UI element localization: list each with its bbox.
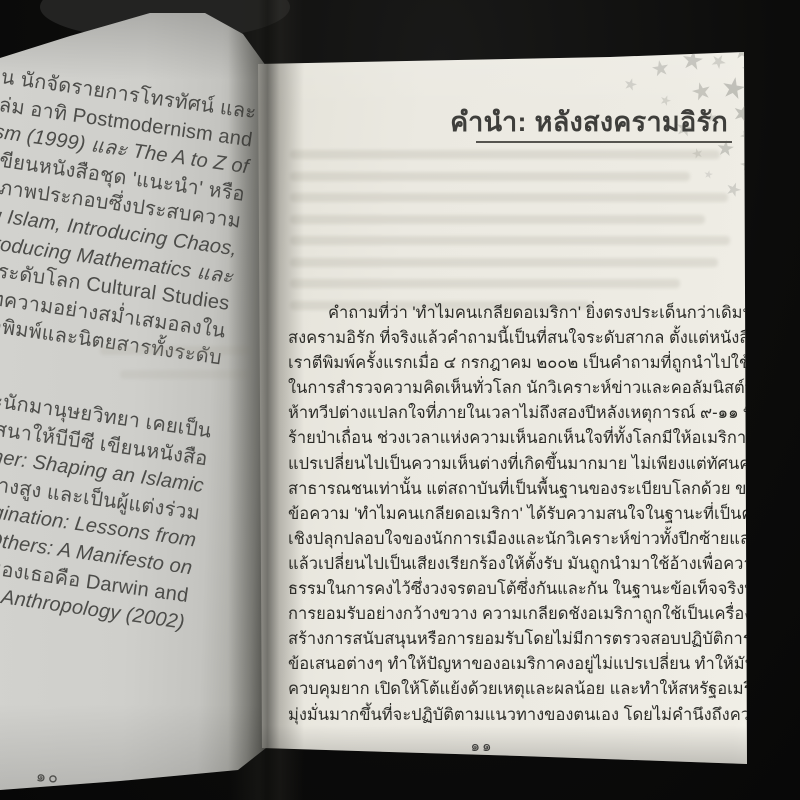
- star-icon: [740, 58, 759, 77]
- star-icon: [744, 202, 755, 213]
- text-line: ข้อเสนอต่างๆ ทำให้ปัญหาของอเมริกาคงอยู่ไ…: [288, 652, 722, 677]
- text-line: สร้างการสนับสนุนหรือการยอมรับโดยไม่มีการ…: [288, 627, 722, 652]
- page-number-left: ๑๐: [35, 764, 61, 791]
- show-through-text: [100, 346, 250, 355]
- text-line: ควบคุมยาก เปิดให้โต้แย้งด้วยเหตุและผลน้อ…: [288, 677, 722, 702]
- text-line: ธรรมในการคงไว้ซึ่งวงจรตอบโต้ซึ่งกันและกั…: [288, 577, 722, 602]
- show-through-text: [120, 370, 250, 379]
- star-icon: [724, 180, 743, 199]
- show-through-text: [290, 279, 680, 288]
- text-line: มุ่งมั่นมากขึ้นที่จะปฏิบัติตามแนวทางของต…: [288, 703, 722, 728]
- header-underline: [476, 141, 732, 143]
- text-line: ห้าทวีปต่างแปลกใจที่ภายในเวลาไม่ถึงสองปี…: [288, 401, 722, 426]
- star-icon: [705, 111, 717, 123]
- star-icon: [739, 157, 754, 172]
- show-through-text: [290, 150, 720, 159]
- star-icon: [738, 128, 753, 143]
- text-line: เราตีพิมพ์ครั้งแรกเมื่อ ๔ กรกฎาคม ๒๐๐๒ เ…: [288, 351, 722, 376]
- star-icon: [731, 102, 755, 126]
- text-line: ข้อความ 'ทำไมคนเกลียดอเมริกา' ได้รับความ…: [288, 502, 722, 527]
- star-icon: [720, 75, 747, 102]
- right-page: คำนำ: หลังสงครามอิรัก คำถามที่ว่า 'ทำไมค…: [256, 52, 748, 768]
- text-line: สงครามอิรัก ที่จริงแล้วคำถามนี้เป็นที่สน…: [288, 326, 722, 351]
- show-through-text: [290, 193, 728, 202]
- star-icon: [623, 77, 639, 93]
- show-through-text: [290, 258, 718, 267]
- show-through-text: [290, 236, 730, 245]
- page-number-right: ๑๑: [452, 734, 512, 758]
- text-line: การยอมรับอย่างกว้างขวาง ความเกลียดชังอเม…: [288, 602, 722, 627]
- text-line: สาธารณชนเท่านั้น แต่สถาบันที่เป็นพื้นฐาน…: [288, 477, 722, 502]
- show-through-text: [290, 172, 690, 181]
- star-icon: [651, 59, 671, 79]
- star-icon: [708, 51, 728, 71]
- text-line: ร้ายป่าเถื่อน ช่วงเวลาแห่งความเห็นอกเห็น…: [288, 426, 722, 451]
- star-icon: [674, 118, 694, 138]
- text-line: ในการสำรวจความคิดเห็นทั่วโลก นักวิเคราะห…: [288, 376, 722, 401]
- show-through-text: [290, 215, 705, 224]
- show-through-text: [290, 301, 590, 310]
- book-photo: เป็นนักเขียน นักจัดรายการโทรทัศน์ และหนั…: [0, 0, 800, 800]
- left-page: เป็นนักเขียน นักจัดรายการโทรทัศน์ และหนั…: [0, 0, 266, 800]
- star-icon: [691, 147, 704, 160]
- text-line: แปรเปลี่ยนไปเป็นความเห็นต่างที่เกิดขึ้นม…: [288, 452, 722, 477]
- text-line: เชิงปลุกปลอบใจของนักการเมืองและนักวิเครา…: [288, 527, 722, 552]
- star-icon: [716, 139, 735, 158]
- star-icon: [658, 93, 672, 107]
- body-paragraph: คำถามที่ว่า 'ทำไมคนเกลียดอเมริกา' ยิ่งตร…: [288, 301, 722, 728]
- star-icon: [734, 44, 750, 60]
- star-icon: [681, 49, 705, 73]
- text-line: คำถามที่ว่า 'ทำไมคนเกลียดอเมริกา' ยิ่งตร…: [288, 301, 722, 326]
- text-line: แล้วเปลี่ยนไปเป็นเสียงเรียกร้องให้ตั้งรั…: [288, 552, 722, 577]
- chapter-header: คำนำ: หลังสงครามอิรัก: [450, 100, 728, 143]
- star-icon: [690, 80, 713, 103]
- star-icon: [703, 169, 713, 179]
